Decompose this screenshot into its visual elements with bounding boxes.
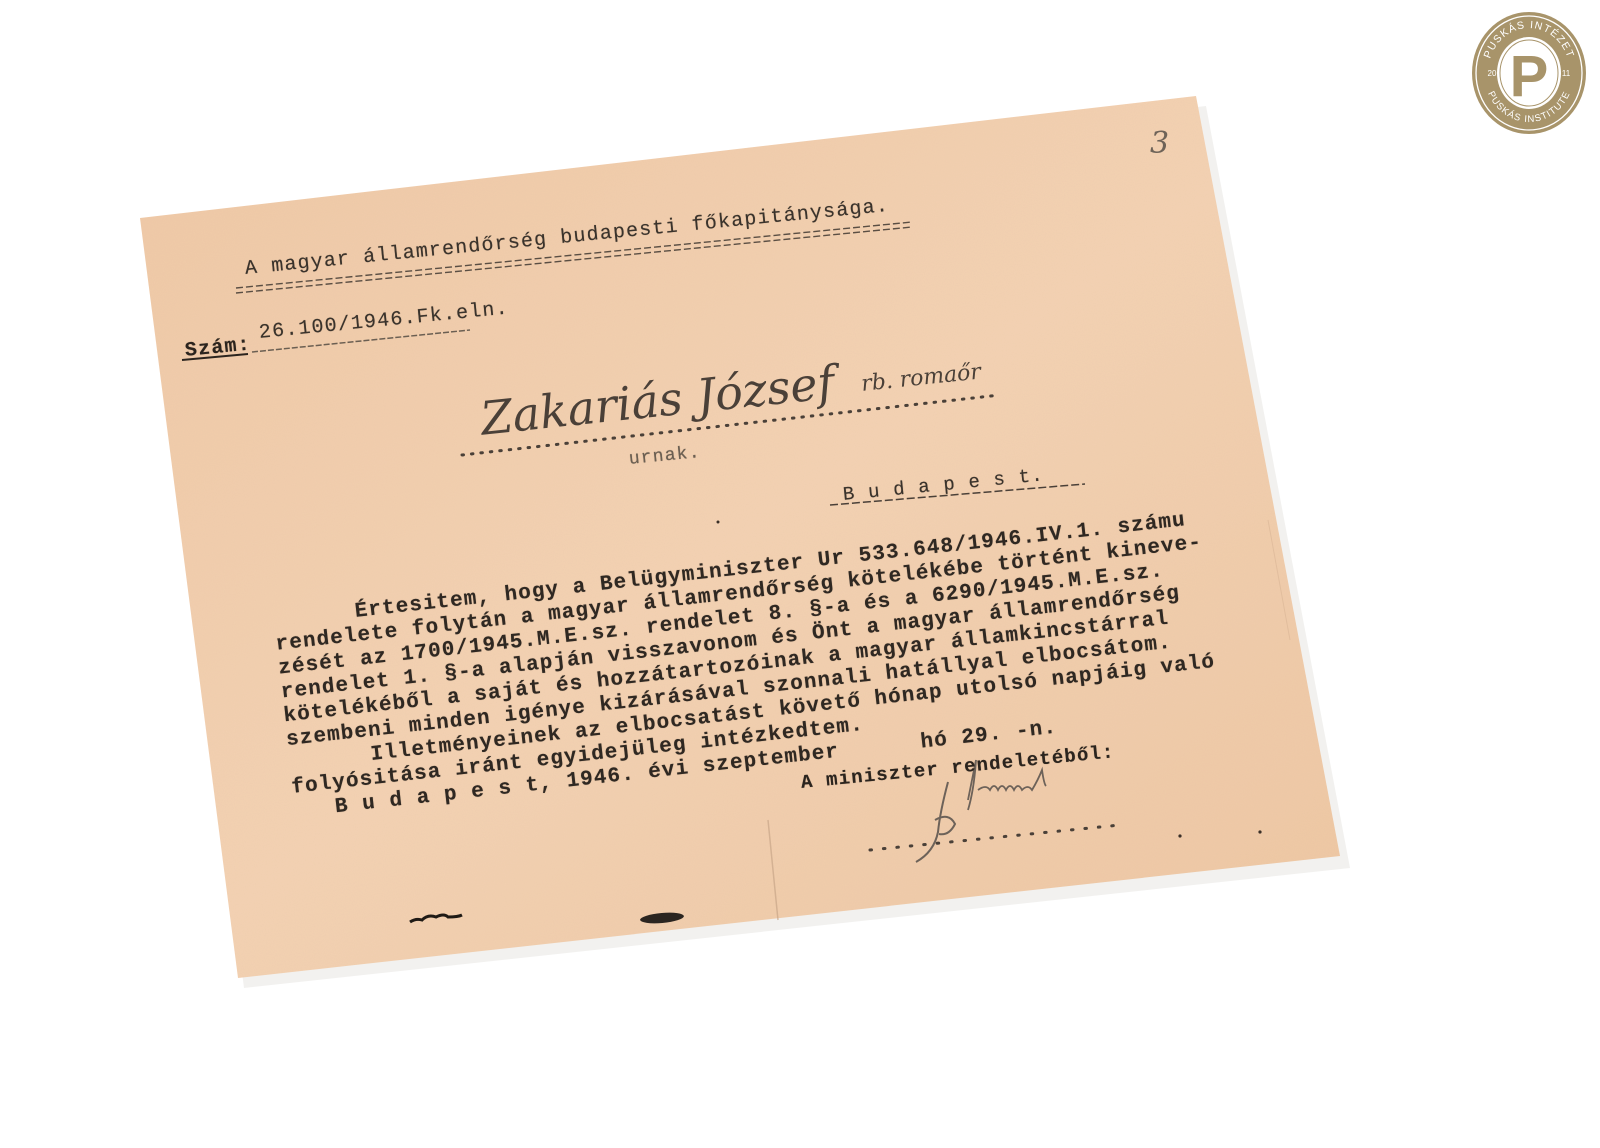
svg-text:20: 20: [1488, 69, 1497, 78]
puskas-institute-logo: P PUSKÁS INTÉZET PUSKÁS INSTITUTE 20 11: [1470, 10, 1588, 136]
document-photo: A magyar államrendőrség budapesti főkapi…: [0, 0, 1600, 1148]
svg-text:11: 11: [1562, 69, 1571, 78]
svg-text:P: P: [1510, 44, 1549, 109]
page-number: 3: [1150, 126, 1169, 161]
